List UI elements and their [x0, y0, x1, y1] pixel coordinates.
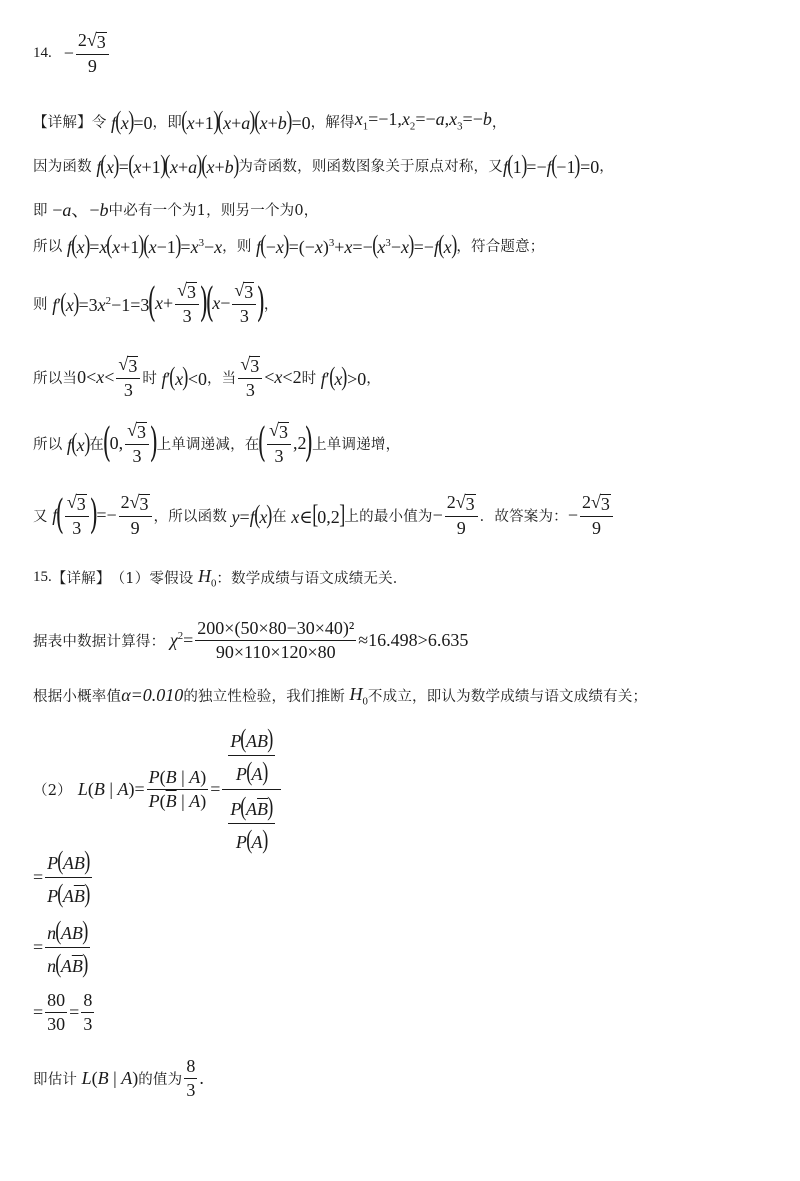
detail-label: 【详解】 — [33, 111, 92, 132]
q15-part1-line: 15. 【详解】 （1） 零假设 H0 ：数学成绩与语文成绩无关． — [33, 566, 408, 590]
q14-detail-line-2: 因为函数 f(x)=(x+1)(x+a)(x+b) 为奇函数，则函数图象关于原点… — [33, 150, 614, 180]
q14-detail-line-1: 【详解】 令 f(x)=0 ，即 (x+1)(x+a)(x+b)=0 ，解得 x… — [33, 106, 507, 136]
q15-step-c: = 8030 = 83 — [33, 990, 96, 1034]
q15-step-a: = P(AB)P(AB) — [33, 846, 94, 909]
compound-fraction: P(AB)P(A) P(AB)P(A) — [222, 722, 280, 857]
q14-detail-line-3: 即 −a、−b 中必有一个为1，则另一个为0， — [33, 196, 318, 222]
q14-detail-line-5: 则 f′(x)=3x2−1=3 ( x+ √33 )( x− √33 ) ， — [33, 280, 279, 326]
q15-final-line: 即估计 L(B | A) 的值为 83 . — [33, 1056, 204, 1100]
q14-answer-line: 14. − 2√3 9 — [33, 30, 111, 76]
q14-number: 14. — [33, 45, 52, 62]
q15-part2-line: （2） L(B | A)= P(B | A)P(B | A) = P(AB)P(… — [33, 722, 283, 857]
detail-label: 【详解】 — [52, 567, 111, 588]
q15-step-b: = n(AB)n(AB) — [33, 916, 92, 979]
q14-answer-fraction: 2√3 9 — [76, 30, 109, 76]
final-value: 83 — [184, 1056, 197, 1100]
q15-conclusion-line: 根据小概率值 α=0.010 的独立性检验，我们推断 H0 不成立，即认为数学成… — [33, 684, 647, 708]
q14-detail-line-4: 所以 f(x)=x(x+1)(x−1)=x3−x ，则 f(−x)=(−x)3+… — [33, 230, 545, 260]
q15-chi-square-line: 据表中数据计算得： χ2= 200×(50×80−30×40)² 90×110×… — [33, 618, 468, 662]
q14-final-answer: 2√39 — [580, 492, 613, 538]
q14-detail-line-8: 又 f ( √33 ) =− 2√39 ，所以函数 y=f(x) 在 x∈[0,… — [33, 492, 615, 538]
q14-detail-line-7: 所以 f(x) 在 ( 0, √33 ) 上单调递减，在 ( √33 ,2 ) … — [33, 420, 400, 466]
chi-square-fraction: 200×(50×80−30×40)² 90×110×120×80 — [195, 618, 356, 662]
q15-number: 15. — [33, 569, 52, 586]
q14-detail-line-6: 所以当 0<x< √33 时 f′(x)<0 ，当 √33 <x<2 时 f′(… — [33, 354, 381, 400]
minus-sign: − — [64, 43, 74, 64]
